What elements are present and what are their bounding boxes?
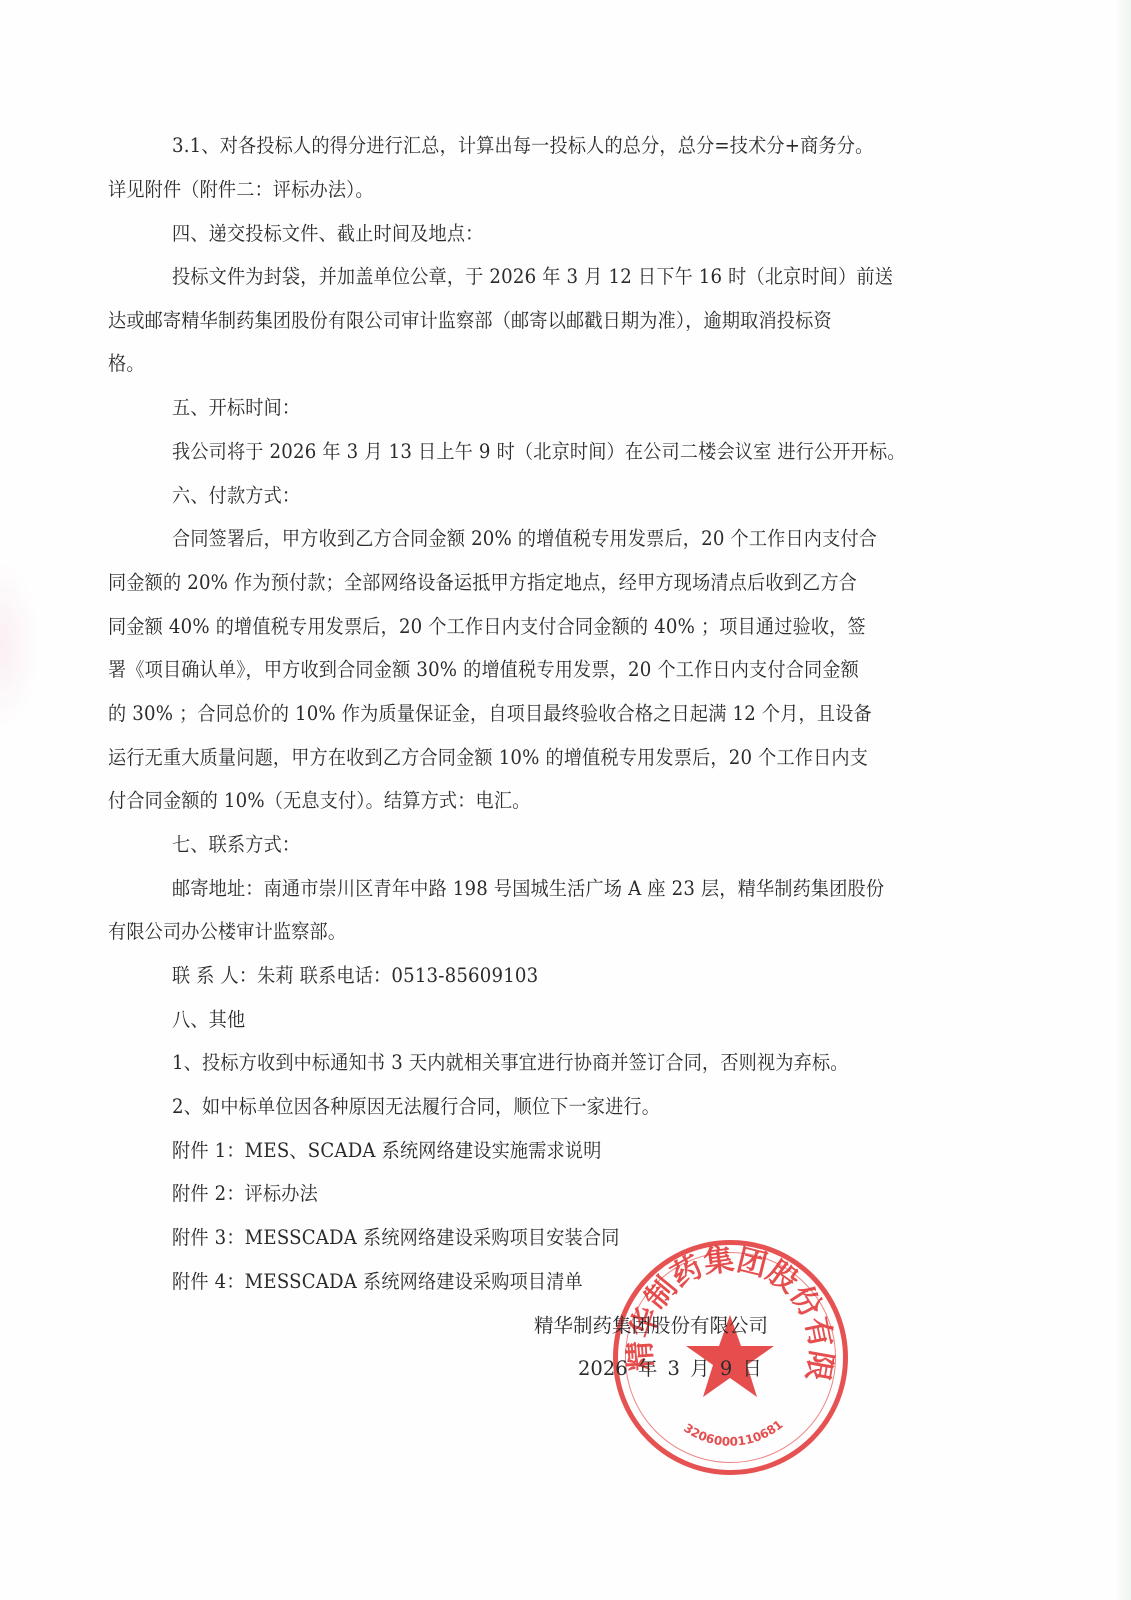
text-line: 达或邮寄精华制药集团股份有限公司审计监察部（邮寄以邮戳日期为准），逾期取消投标资 [108,309,832,333]
section-heading: 四、递交投标文件、截止时间及地点： [172,222,483,246]
section-heading: 八、其他 [172,1008,245,1032]
text-line: 同金额 40% 的增值税专用发票后，20 个工作日内支付合同金额的 40% ；项… [108,615,866,639]
svg-text:3206000110681: 3206000110681 [681,1417,785,1449]
attachment-item: 附件 4：MESSCADA 系统网络建设采购项目清单 [172,1270,583,1294]
signature-company: 精华制药集团股份有限公司 [534,1314,768,1338]
text-line: 署《项目确认单》，甲方收到合同金额 30% 的增值税专用发票，20 个工作日内支… [108,658,859,682]
signature-date: 2026 年 3 月 9 日 [578,1357,762,1381]
section-heading: 五、开标时间： [172,396,300,420]
attachment-item: 附件 2：评标办法 [172,1182,318,1206]
text-line: 合同签署后，甲方收到乙方合同金额 20% 的增值税专用发票后，20 个工作日内支… [172,527,877,551]
section-heading: 七、联系方式： [172,833,300,857]
attachment-item: 附件 1：MES、SCADA 系统网络建设实施需求说明 [172,1139,602,1163]
text-line: 我公司将于 2026 年 3 月 13 日上午 9 时（北京时间）在公司二楼会议… [172,440,906,464]
text-line: 格。 [108,352,145,376]
attachment-item: 附件 3：MESSCADA 系统网络建设采购项目安装合同 [172,1226,620,1250]
text-line: 投标文件为封袋，并加盖单位公章，于 2026 年 3 月 12 日下午 16 时… [172,265,893,289]
text-line: 1、投标方收到中标通知书 3 天内就相关事宜进行协商并签订合同，否则视为弃标。 [172,1051,849,1075]
text-line: 付合同金额的 10%（无息支付）。结算方式：电汇。 [108,789,530,813]
scan-edge-shadow [1117,0,1131,1600]
contact-line: 联 系 人：朱莉 联系电话：0513-85609103 [172,964,538,988]
text-line: 详见附件（附件二：评标办法）。 [108,178,374,202]
address-line: 有限公司办公楼审计监察部。 [108,920,346,944]
partial-seal-mark [0,560,40,730]
text-line: 的 30% ；合同总价的 10% 作为质量保证金，自项目最终验收合格之日起满 1… [108,702,872,726]
address-line: 邮寄地址：南通市崇川区青年中路 198 号国城生活广场 A 座 23 层，精华制… [172,877,884,901]
text-line: 2、如中标单位因各种原因无法履行合同，顺位下一家进行。 [172,1095,660,1119]
text-line: 同金额的 20% 作为预付款；全部网络设备运抵甲方指定地点，经甲方现场清点后收到… [108,571,857,595]
text-line: 运行无重大质量问题，甲方在收到乙方合同金额 10% 的增值税专用发票后，20 个… [108,746,868,770]
text-line: 3.1、对各投标人的得分进行汇总，计算出每一投标人的总分，总分=技术分+商务分。 [172,134,873,158]
section-heading: 六、付款方式： [172,484,300,508]
